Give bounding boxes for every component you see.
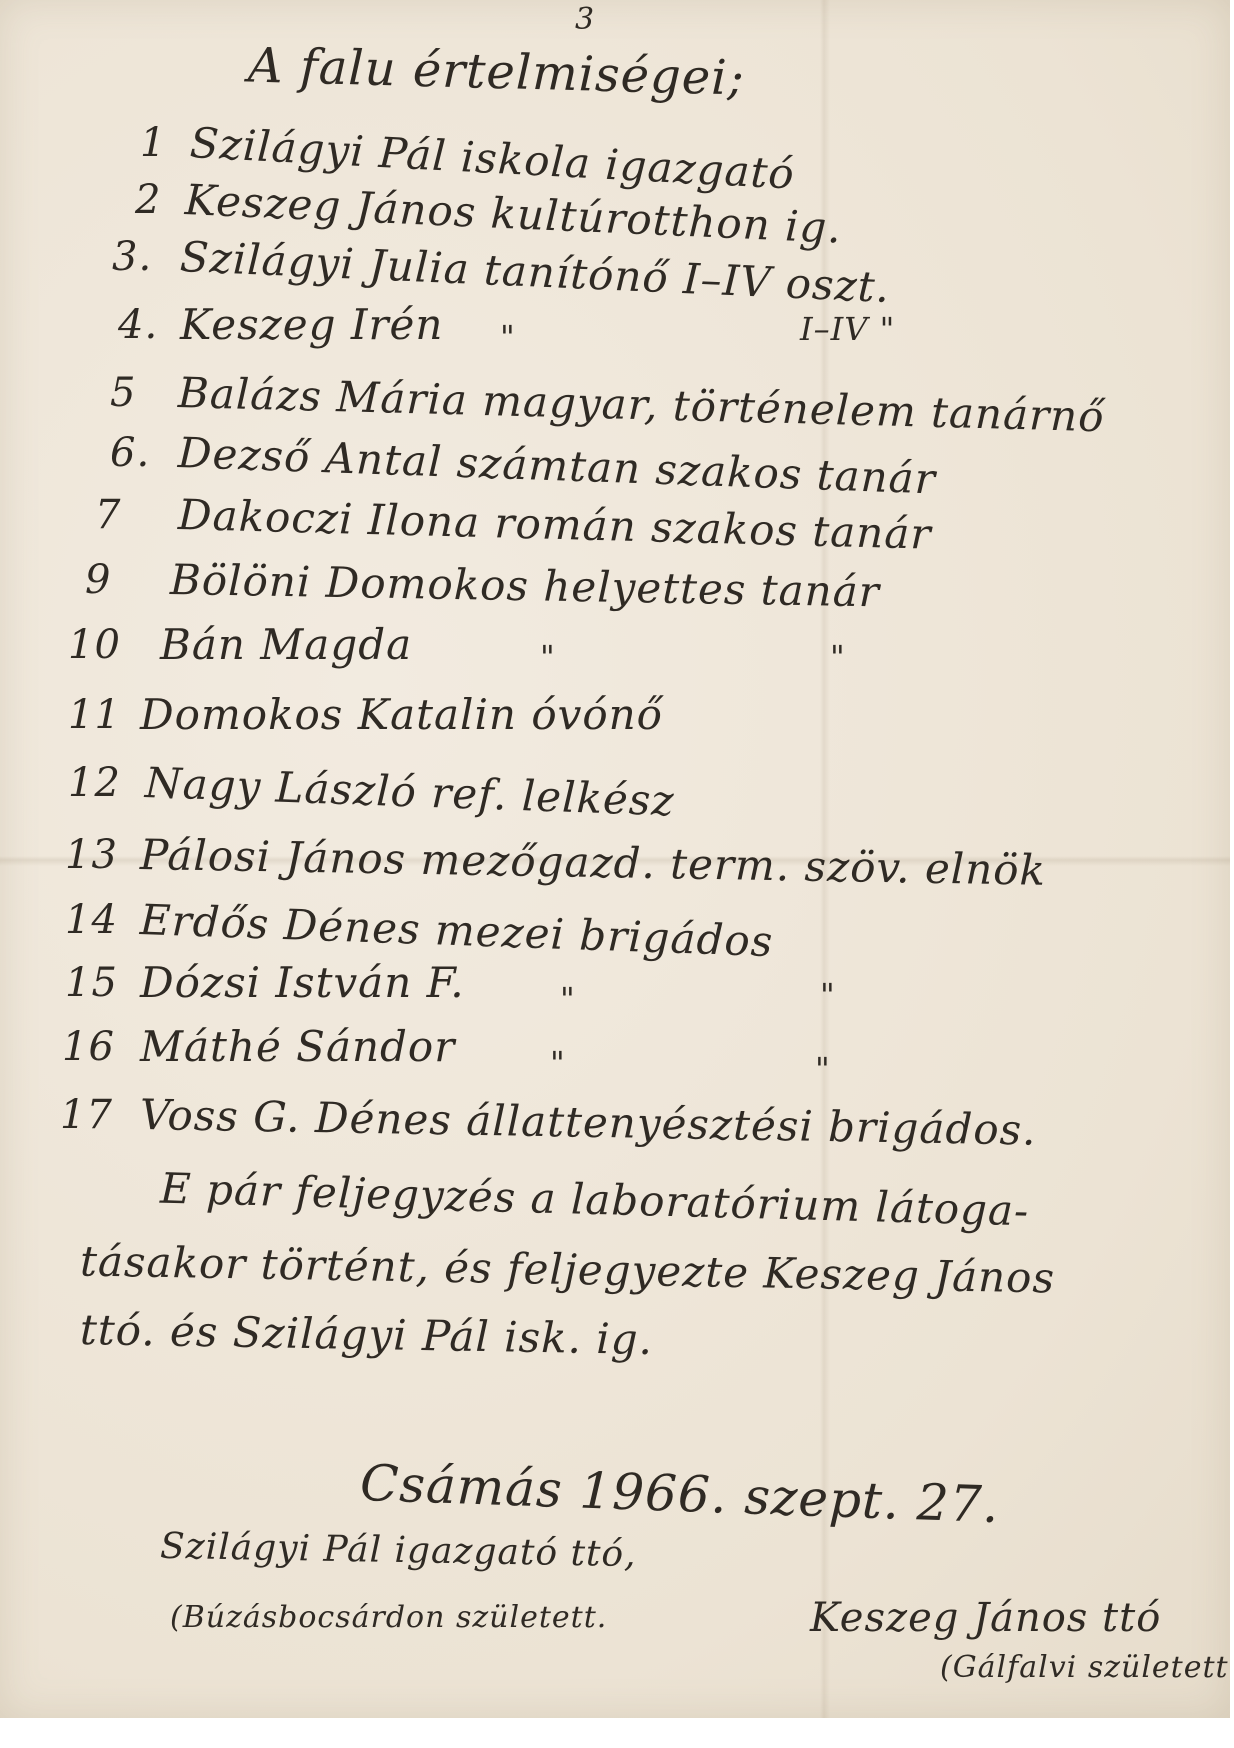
ditto-mark: "	[830, 638, 846, 676]
entry-text: Dakoczi Ilona román szakos tanár	[177, 490, 932, 559]
paragraph-line: tásakor történt, és feljegyezte Keszeg J…	[80, 1236, 1056, 1302]
entry-number: 6.	[110, 430, 150, 476]
signature-keszeg: Keszeg János ttó	[810, 1595, 1161, 1641]
entry-text: Domokos Katalin óvónő	[140, 690, 663, 739]
scanned-paper-page: 3 A falu értelmiségei; 1 Szilágyi Pál is…	[0, 0, 1230, 1718]
ditto-mark: "	[500, 318, 516, 356]
entry-number: 9	[85, 557, 111, 603]
entry-number: 7	[95, 492, 121, 538]
paragraph-line: E pár feljegyzés a laboratórium látoga-	[160, 1164, 1030, 1236]
entry-number: 10	[68, 622, 121, 668]
ditto-mark: "	[820, 976, 836, 1014]
entry-text: Dózsi István F.	[140, 958, 465, 1007]
entry-number: 4.	[118, 302, 158, 348]
entry-number: 1	[140, 120, 166, 166]
entry-text: Nagy László ref. lelkész	[144, 758, 675, 825]
paragraph-line: ttó. és Szilágyi Pál isk. ig.	[80, 1305, 654, 1364]
entry-text: Voss G. Dénes állattenyésztési brigádos.	[140, 1090, 1037, 1155]
entry-text: Erdős Dénes mezei brigádos	[139, 895, 774, 966]
ditto-mark: "	[560, 980, 576, 1018]
birthplace-note: (Búzásbocsárdon született.	[170, 1600, 607, 1635]
entry-number: 15	[65, 960, 118, 1006]
ditto-mark: I–IV "	[800, 310, 895, 348]
birthplace-note-2: (Gálfalvi született	[940, 1650, 1229, 1685]
entry-text: Bán Magda	[160, 620, 412, 669]
entry-number: 11	[68, 692, 121, 738]
entry-number: 2	[135, 177, 161, 223]
document-title: A falu értelmiségei;	[247, 38, 745, 107]
place-and-date: Csámás 1966. szept. 27.	[359, 1454, 1000, 1534]
entry-number: 12	[68, 760, 121, 806]
signature-szilagyi: Szilágyi Pál igazgató ttó,	[160, 1526, 637, 1575]
page-number: 3	[575, 2, 595, 37]
entry-number: 16	[62, 1024, 115, 1070]
entry-number: 17	[60, 1092, 113, 1138]
entry-text: Máthé Sándor	[140, 1022, 455, 1071]
entry-number: 3.	[112, 234, 152, 280]
entry-text: Pálosi János mezőgazd. term. szöv. elnök	[140, 830, 1047, 895]
ditto-mark: "	[540, 638, 556, 676]
entry-number: 14	[65, 897, 118, 943]
entry-number: 5	[110, 370, 136, 416]
entry-text: Keszeg Irén	[180, 300, 443, 349]
entry-text: Balázs Mária magyar, történelem tanárnő	[177, 368, 1105, 441]
entry-text: Bölöni Domokos helyettes tanár	[170, 555, 881, 616]
ditto-mark: "	[815, 1050, 831, 1088]
entry-number: 13	[65, 832, 118, 878]
ditto-mark: "	[550, 1044, 566, 1082]
